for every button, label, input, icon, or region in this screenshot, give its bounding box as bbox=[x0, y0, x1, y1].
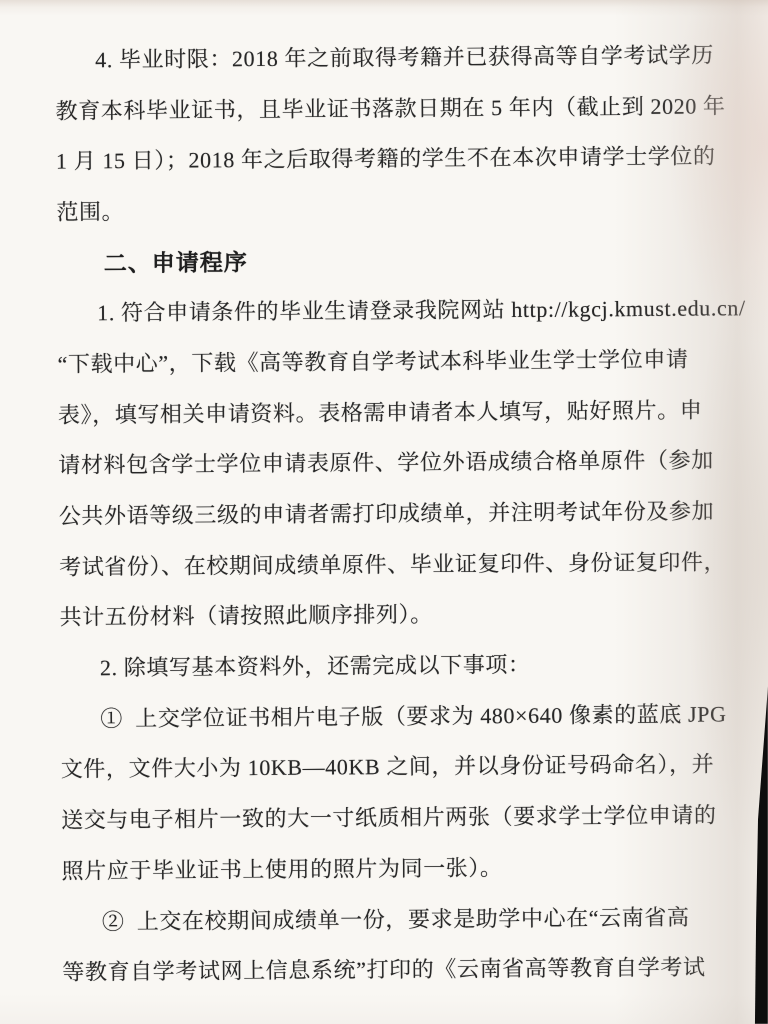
text-line: 4. 毕业时限：2018 年之前取得考籍并已获得高等自学考试学历 bbox=[55, 28, 715, 84]
text-line: 公共外语等级三级的申请者需打印成绩单，并注明考试年份及参加 bbox=[59, 485, 719, 541]
text-line: 照片应于毕业证书上使用的照片为同一张）。 bbox=[61, 839, 721, 895]
text-line: 1 月 15 日）；2018 年之后取得考籍的学生不在本次申请学士学位的 bbox=[56, 130, 716, 186]
text-line: 范围。 bbox=[56, 180, 716, 236]
text-line: 送交与电子相片一致的大一寸纸质相片两张（要求学士学位申请的 bbox=[61, 789, 721, 845]
text-line: 等教育自学考试网上信息系统”打印的《云南省高等教育自学考试 bbox=[62, 941, 722, 997]
photographed-document: 4. 毕业时限：2018 年之前取得考籍并已获得高等自学考试学历教育本科毕业证书… bbox=[0, 0, 768, 1024]
text-line: 1. 符合申请条件的毕业生请登录我院网站 http://kgcj.kmust.e… bbox=[57, 282, 717, 338]
text-line: ② 上交在校期间成绩单一份，要求是助学中心在“云南省高 bbox=[62, 890, 722, 946]
text-line: 共计五份材料（请按照此顺序排列）。 bbox=[59, 586, 719, 642]
text-line: 请材料包含学士学位申请表原件、学位外语成绩合格单原件（参加 bbox=[58, 434, 718, 490]
text-line: 考试省份）、在校期间成绩单原件、毕业证复印件、身份证复印件， bbox=[59, 535, 719, 591]
text-line: “下载中心”，下载《高等教育自学考试本科毕业生学士学位申请 bbox=[57, 333, 717, 389]
text-line: 教育本科毕业证书，且毕业证书落款日期在 5 年内（截止到 2020 年 bbox=[55, 79, 715, 135]
text-line: 文件，文件大小为 10KB—40KB 之间，并以身份证号码命名），并 bbox=[61, 738, 721, 794]
text-line: 表》，填写相关申请资料。表格需申请者本人填写，贴好照片。申 bbox=[58, 383, 718, 439]
document-text: 4. 毕业时限：2018 年之前取得考籍并已获得高等自学考试学历教育本科毕业证书… bbox=[55, 28, 723, 996]
section-heading: 二、申请程序 bbox=[57, 231, 717, 287]
text-line: ① 上交学位证书相片电子版（要求为 480×640 像素的蓝底 JPG bbox=[60, 687, 720, 743]
text-line: 2. 除填写基本资料外，还需完成以下事项： bbox=[60, 637, 720, 693]
